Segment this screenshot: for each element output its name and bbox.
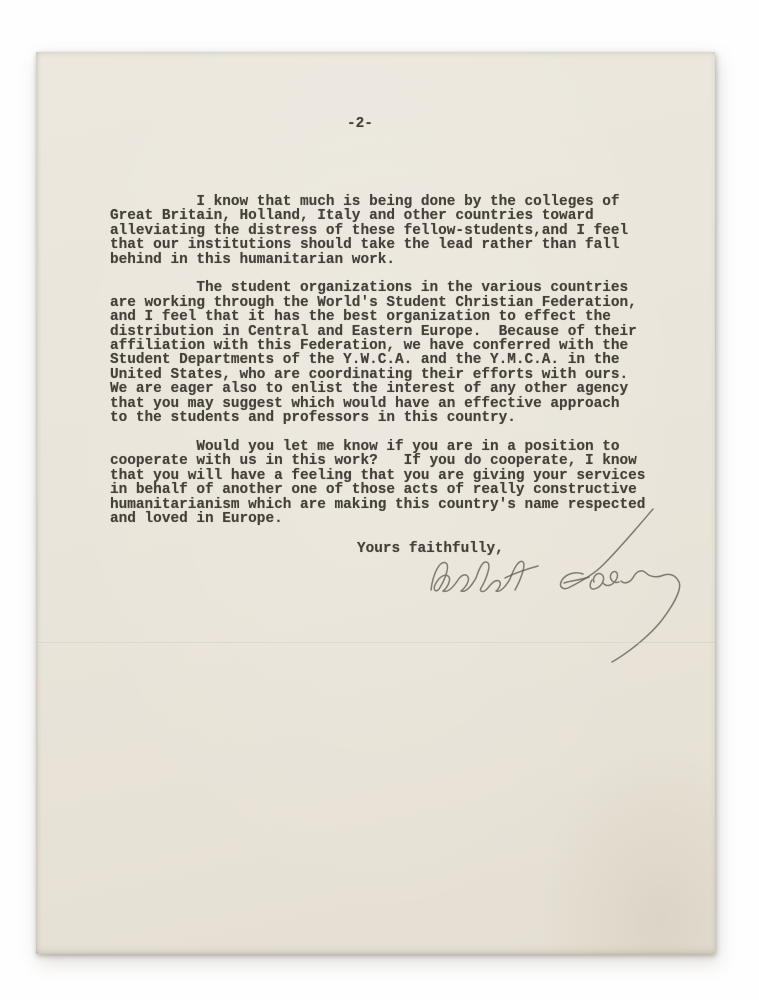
letter-body: I know that much is being done by the co… (110, 195, 672, 526)
page-number: -2- (347, 117, 373, 131)
paragraph-student-organizations: The student organizations in the various… (110, 281, 672, 425)
handwritten-signature (415, 503, 700, 671)
photo-background: -2- I know that much is being done by th… (0, 0, 759, 1000)
letter-page: -2- I know that much is being done by th… (36, 52, 715, 954)
paragraph-colleges: I know that much is being done by the co… (110, 195, 672, 267)
signature-name: Herbert Hoover (36, 52, 37, 53)
